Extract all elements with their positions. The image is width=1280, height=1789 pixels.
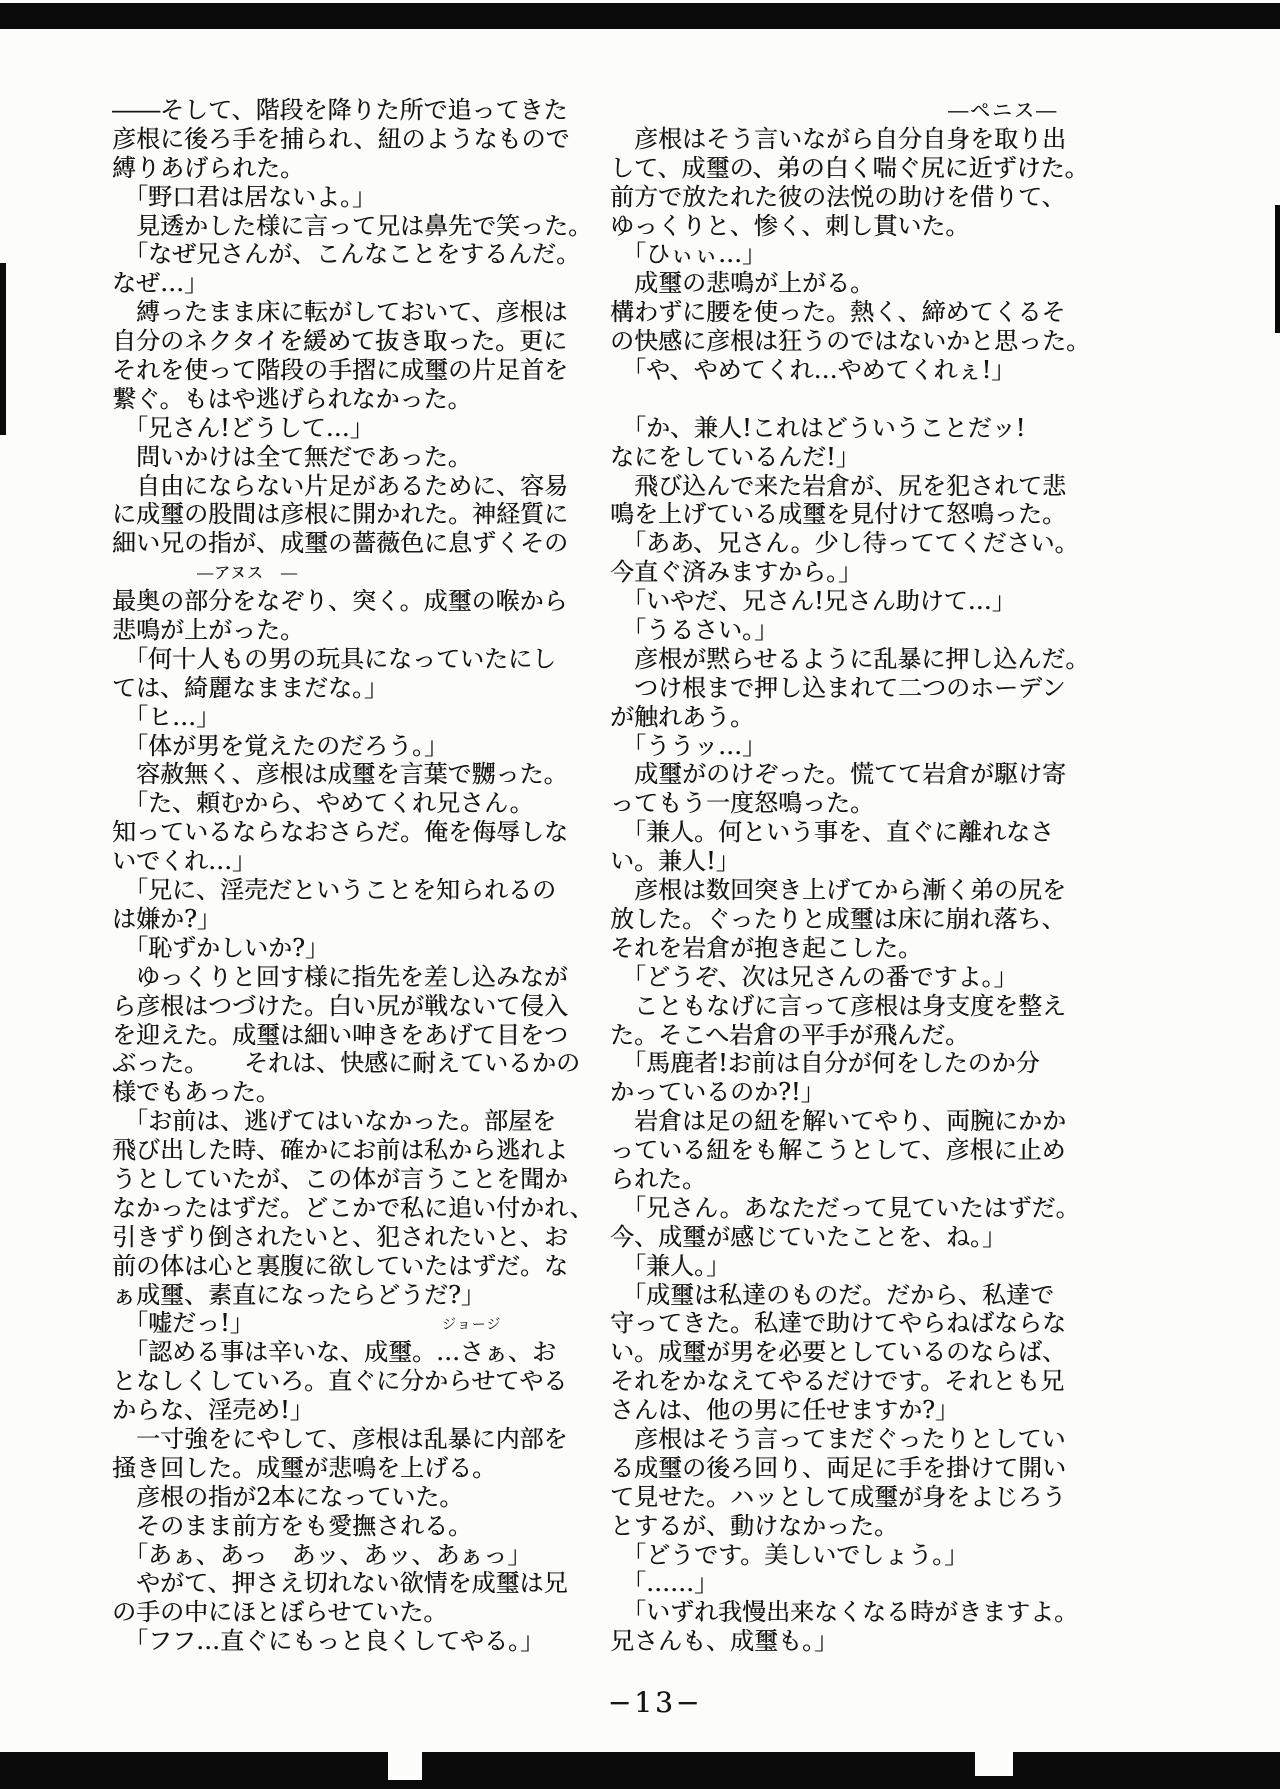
text-line: っている紐をも解こうとして、彦根に止め — [610, 1136, 1088, 1165]
text-line: 彦根はそう言いながら自分自身を取り出 — [610, 125, 1088, 154]
text-line: 見透かした様に言って兄は鼻先で笑った。 — [112, 212, 582, 241]
text-line: いでくれ…」 — [112, 847, 582, 876]
text-line: 「恥ずかしいか?」 — [112, 934, 582, 963]
left-text-column: ――そして、階段を降りた所で追ってきた彦根に後ろ手を捕られ、紐のようなもので縛り… — [112, 96, 582, 1656]
text-line: 「兼人。何という事を、直ぐに離れなさ — [610, 818, 1088, 847]
text-line: い。兼人!」 — [610, 847, 1088, 876]
blank-line — [610, 385, 1088, 414]
page-number: −13− — [600, 1686, 710, 1719]
text-line: 様でもあった。 — [112, 1078, 582, 1107]
text-line: 飛び込んで来た岩倉が、尻を犯されて悲 — [610, 472, 1088, 501]
text-line: る成璽の後ろ回り、両足に手を掛けて開い — [610, 1454, 1088, 1483]
text-line: 構わずに腰を使った。熱く、締めてくるそ — [610, 298, 1088, 327]
text-line: 「いずれ我慢出来なくなる時がきますよ。 — [610, 1598, 1088, 1627]
text-line: 繋ぐ。もはや逃げられなかった。 — [112, 385, 582, 414]
text-line: 自分のネクタイを緩めて抜き取った。更に — [112, 327, 582, 356]
text-line: ら彦根はつづけた。白い尻が戦ないて侵入 — [112, 992, 582, 1021]
text-line: ゆっくりと、惨く、刺し貫いた。 — [610, 212, 1088, 241]
text-line: 成璽の悲鳴が上がる。 — [610, 269, 1088, 298]
text-line: た。そこへ岩倉の平手が飛んだ。 — [610, 1021, 1088, 1050]
text-line: 「いやだ、兄さん!兄さん助けて…」 — [610, 587, 1088, 616]
text-line: 今直ぐ済みますから。」 — [610, 558, 1088, 587]
scanned-page: { "page": { "page_number": "−13−" }, "le… — [0, 0, 1280, 1789]
text-line: 「どうです。美しいでしょう。」 — [610, 1541, 1088, 1570]
text-line: なかったはずだ。どこかで私に追い付かれ、 — [112, 1194, 582, 1223]
text-line: 放した。ぐったりと成璽は床に崩れ落ち、 — [610, 905, 1088, 934]
text-line: 掻き回した。成璽が悲鳴を上げる。 — [112, 1454, 582, 1483]
text-line: 「た、頼むから、やめてくれ兄さん。 — [112, 789, 582, 818]
text-line: を迎えた。成璽は細い呻きをあげて目をつ — [112, 1021, 582, 1050]
text-line: 岩倉は足の紐を解いてやり、両腕にかか — [610, 1107, 1088, 1136]
scan-edge-bottom — [0, 1752, 1280, 1789]
right-text-column: ―ペニス― 彦根はそう言いながら自分自身を取り出して、成璽の、弟の白く喘ぐ尻に近… — [610, 96, 1088, 1656]
text-line: 「ヒ…」 — [112, 703, 582, 732]
scan-edge-bottom-notch — [975, 1752, 1013, 1776]
text-line: 引きずり倒されたいと、犯されたいと、お — [112, 1223, 582, 1252]
text-line: 自由にならない片足があるために、容易 — [112, 472, 582, 501]
text-line: ゆっくりと回す様に指先を差し込みなが — [112, 963, 582, 992]
text-line: 「ああ、兄さん。少し待っててください。 — [610, 529, 1088, 558]
text-line: 「……」 — [610, 1569, 1088, 1598]
text-line: 悲鳴が上がった。 — [112, 616, 582, 645]
text-line: 前方で放たれた彼の法悦の助けを借りて、 — [610, 183, 1088, 212]
text-line: 「何十人もの男の玩具になっていたにし — [112, 645, 582, 674]
text-line: ぁ成璽、素直になったらどうだ?」 — [112, 1281, 582, 1310]
text-line: 問いかけは全て無だであった。 — [112, 443, 582, 472]
text-line: 縛りあげられた。 — [112, 154, 582, 183]
text-line: られた。 — [610, 1165, 1088, 1194]
text-line: て見せた。ハッとして成璽が身をよじろう — [610, 1483, 1088, 1512]
text-line: 彦根の指が2本になっていた。 — [112, 1483, 582, 1512]
text-line: 彦根が黙らせるように乱暴に押し込んだ。 — [610, 645, 1088, 674]
text-line: 「ひぃぃ…」 — [610, 240, 1088, 269]
text-line: 守ってきた。私達で助けてやらねばならな — [610, 1309, 1088, 1338]
text-line: つけ根まで押し込まれて二つのホーデン — [610, 674, 1088, 703]
text-line: ――そして、階段を降りた所で追ってきた — [112, 96, 582, 125]
text-line: 容赦無く、彦根は成璽を言葉で嬲った。 — [112, 760, 582, 789]
text-line: 兄さんも、成璽も。」 — [610, 1627, 1088, 1656]
text-line: さんは、他の男に任せますか?」 — [610, 1396, 1088, 1425]
text-line: 「ううッ…」 — [610, 732, 1088, 761]
text-line: 「なぜ兄さんが、こんなことをするんだ。 — [112, 240, 582, 269]
text-line: 「や、やめてくれ…やめてくれぇ!」 — [610, 356, 1088, 385]
text-line: それをかなえてやるだけです。それとも兄 — [610, 1367, 1088, 1396]
text-line: 「どうぞ、次は兄さんの番ですよ。」 — [610, 963, 1088, 992]
text-line: が触れあう。 — [610, 703, 1088, 732]
text-line: なにをしているんだ!」 — [610, 443, 1088, 472]
text-line: 「兄さん。あなただって見ていたはずだ。 — [610, 1194, 1088, 1223]
text-line: 「成璽は私達のものだ。だから、私達で — [610, 1281, 1088, 1310]
text-line: とするが、動けなかった。 — [610, 1512, 1088, 1541]
text-line: 「嘘だっ!」ジョージ — [112, 1309, 582, 1338]
text-line: それを岩倉が抱き起こした。 — [610, 934, 1088, 963]
text-line: 一寸強をにやして、彦根は乱暴に内部を — [112, 1425, 582, 1454]
text-line: こともなげに言って彦根は身支度を整え — [610, 992, 1088, 1021]
text-line: 「うるさい。」 — [610, 616, 1088, 645]
text-line: 「認める事は辛いな、成璽。…さぁ、お — [112, 1338, 582, 1367]
text-line: ぶった。 それは、快感に耐えているかの — [112, 1049, 582, 1078]
text-line: 「兄に、淫売だということを知られるの — [112, 876, 582, 905]
scan-edge-left-mark — [0, 263, 6, 435]
text-line: かっているのか?!」 — [610, 1078, 1088, 1107]
text-line: の手の中にほとぼらせていた。 — [112, 1598, 582, 1627]
text-line: 「あぁ、あっ あッ、あッ、あぁっ」 — [112, 1541, 582, 1570]
scan-edge-top — [0, 3, 1280, 29]
text-line: 「馬鹿者!お前は自分が何をしたのか分 — [610, 1049, 1088, 1078]
text-line: 「お前は、逃げてはいなかった。部屋を — [112, 1107, 582, 1136]
text-line: 細い兄の指が、成璽の薔薇色に息ずくその — [112, 529, 582, 558]
text-line: 最奥の部分をなぞり、突く。成璽の喉から — [112, 587, 582, 616]
text-line: なぜ…」 — [112, 269, 582, 298]
text-line: 「体が男を覚えたのだろう。」 — [112, 732, 582, 761]
ruby-annotation-line: ―アヌス ― — [112, 558, 582, 587]
text-line: 「兼人。」 — [610, 1252, 1088, 1281]
text-line: 「兄さん!どうして…」 — [112, 414, 582, 443]
text-line: 飛び出した時、確かにお前は私から逃れよ — [112, 1136, 582, 1165]
text-line: い。成璽が男を必要としているのならば、 — [610, 1338, 1088, 1367]
text-line: 前の体は心と裏腹に欲していたはずだ。な — [112, 1252, 582, 1281]
text-line: それを使って階段の手摺に成璽の片足首を — [112, 356, 582, 385]
text-line: の快感に彦根は狂うのではないかと思った。 — [610, 327, 1088, 356]
text-line: ってもう一度怒鳴った。 — [610, 789, 1088, 818]
text-line: 「か、兼人!これはどういうことだッ! — [610, 414, 1088, 443]
text-line: ては、綺麗なままだな。」 — [112, 674, 582, 703]
text-line: 彦根は数回突き上げてから漸く弟の尻を — [610, 876, 1088, 905]
text-line: 成璽がのけぞった。慌てて岩倉が駆け寄 — [610, 760, 1088, 789]
ruby-annotation-line: ―ペニス― — [610, 96, 1088, 125]
text-line: 彦根に後ろ手を捕られ、紐のようなもので — [112, 125, 582, 154]
text-line: 鳴を上げている成璽を見付けて怒鳴った。 — [610, 500, 1088, 529]
text-line: そのまま前方をも愛撫される。 — [112, 1512, 582, 1541]
text-line: 縛ったまま床に転がしておいて、彦根は — [112, 298, 582, 327]
text-line: うとしていたが、この体が言うことを聞か — [112, 1165, 582, 1194]
text-line: して、成璽の、弟の白く喘ぐ尻に近ずけた。 — [610, 154, 1088, 183]
text-line: に成璽の股間は彦根に開かれた。神経質に — [112, 500, 582, 529]
text-line: 「フフ…直ぐにもっと良くしてやる。」 — [112, 1627, 582, 1656]
scan-edge-bottom-notch — [388, 1752, 422, 1780]
text-line: は嫌か?」 — [112, 905, 582, 934]
text-line: 彦根はそう言ってまだぐったりとしてい — [610, 1425, 1088, 1454]
text-line: からな、淫売め!」 — [112, 1396, 582, 1425]
text-line: となしくしていろ。直ぐに分からせてやる — [112, 1367, 582, 1396]
ruby-annotation: ジョージ — [442, 1311, 501, 1340]
text-line: 知っているならなおさらだ。俺を侮辱しな — [112, 818, 582, 847]
text-line: 「野口君は居ないよ。」 — [112, 183, 582, 212]
scan-edge-right-mark — [1275, 205, 1280, 333]
text-line: 今、成璽が感じていたことを、ね。」 — [610, 1223, 1088, 1252]
text-line: やがて、押さえ切れない欲情を成璽は兄 — [112, 1569, 582, 1598]
